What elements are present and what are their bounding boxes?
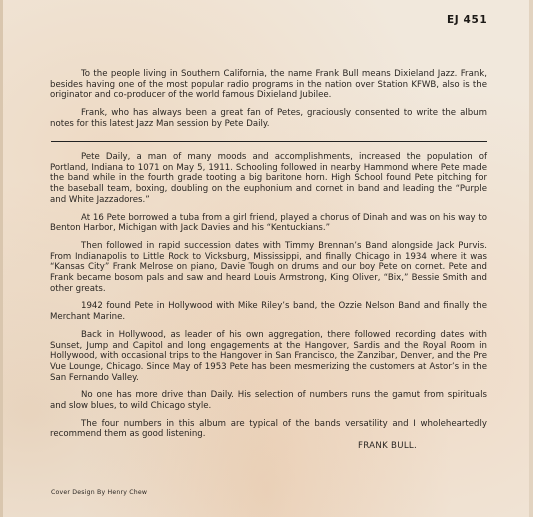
bio-paragraph: At 16 Pete borrowed a tuba from a girl f…: [50, 213, 487, 234]
author-signature: FRANK BULL.: [358, 441, 417, 451]
bio-paragraph: The four numbers in this album are typic…: [50, 419, 487, 440]
intro-paragraph: Frank, who has always been a great fan o…: [50, 108, 487, 129]
divider-rule: [51, 141, 487, 142]
biography-section: Pete Daily, a man of many moods and acco…: [50, 152, 487, 447]
album-back-cover: EJ 451 To the people living in Southern …: [0, 0, 533, 517]
cover-design-credit: Cover Design By Henry Chew: [51, 489, 147, 496]
bio-paragraph: 1942 found Pete in Hollywood with Mike R…: [50, 301, 487, 322]
catalog-number: EJ 451: [447, 14, 487, 26]
bio-paragraph: Pete Daily, a man of many moods and acco…: [50, 152, 487, 206]
intro-paragraph: To the people living in Southern Califor…: [50, 69, 487, 101]
bio-paragraph: Back in Hollywood, as leader of his own …: [50, 330, 487, 384]
bio-paragraph: Then followed in rapid succession dates …: [50, 241, 487, 295]
bio-paragraph: No one has more drive than Daily. His se…: [50, 390, 487, 411]
intro-section: To the people living in Southern Califor…: [50, 69, 487, 137]
